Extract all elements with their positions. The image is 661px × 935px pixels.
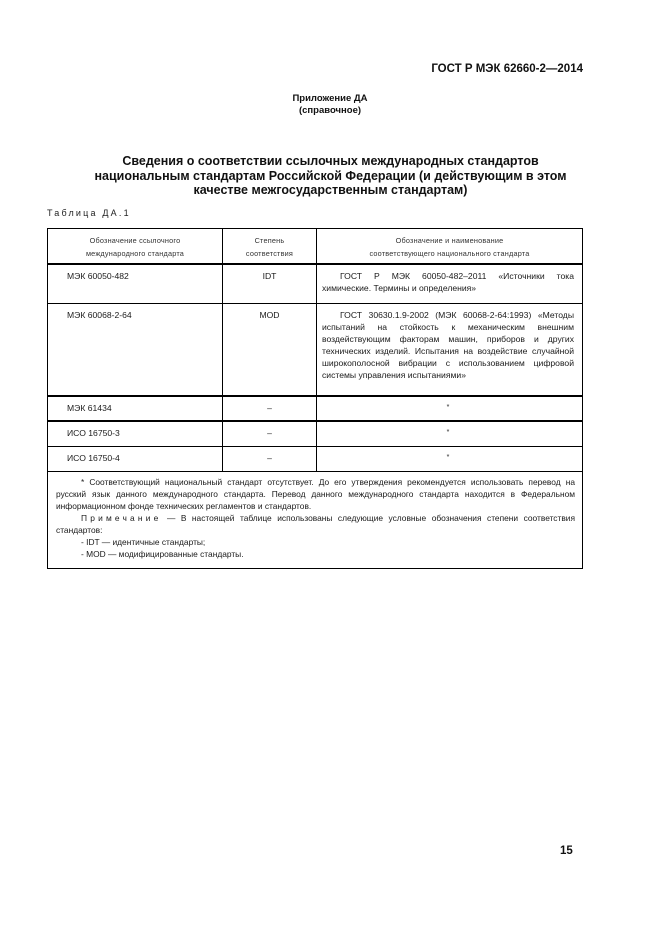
cell-national: * (317, 447, 582, 471)
table-row: МЭК 60050-482 IDT ГОСТ Р МЭК 60050-482–2… (48, 265, 582, 304)
cell-national: * (317, 397, 582, 420)
column-header-degree: Степень соответствия (223, 229, 317, 263)
appendix-heading: Приложение ДА (справочное) (200, 93, 460, 117)
section-title-line: национальным стандартам Российской Федер… (50, 169, 611, 184)
legend-item-idt: - IDT — идентичные стандарты; (56, 536, 575, 548)
national-standard-text: ГОСТ Р МЭК 60050-482–2011 «Источники ток… (322, 270, 574, 294)
correspondence-table: Обозначение ссылочного международного ст… (47, 228, 583, 569)
table-row: МЭК 60068-2-64 MOD ГОСТ 30630.1.9-2002 (… (48, 304, 582, 397)
header-text: Степень (223, 234, 316, 247)
section-title: Сведения о соответствии ссылочных междун… (50, 154, 611, 198)
cell-degree: IDT (223, 265, 317, 303)
header-text: Обозначение ссылочного (48, 234, 222, 247)
header-text: соответствия (223, 247, 316, 260)
section-title-line: Сведения о соответствии ссылочных междун… (50, 154, 611, 169)
column-header-national: Обозначение и наименование соответствующ… (317, 229, 582, 263)
cell-degree: – (223, 397, 317, 420)
appendix-title: Приложение ДА (200, 93, 460, 105)
header-text: соответствующего национального стандарта (317, 247, 582, 260)
cell-international: ИСО 16750-4 (48, 447, 223, 471)
column-header-international: Обозначение ссылочного международного ст… (48, 229, 223, 263)
cell-international: ИСО 16750-3 (48, 422, 223, 446)
legend-item-mod: - MOD — модифицированные стандарты. (56, 548, 575, 560)
note: Примечание — В настоящей таблице использ… (56, 512, 575, 536)
cell-national: * (317, 422, 582, 446)
header-text: международного стандарта (48, 247, 222, 260)
cell-degree: MOD (223, 304, 317, 395)
footnote: * Соответствующий национальный стандарт … (56, 476, 575, 512)
table-row: ИСО 16750-4 – * (48, 447, 582, 472)
table-caption: Таблица ДА.1 (47, 208, 131, 218)
appendix-subtitle: (справочное) (200, 105, 460, 117)
cell-international: МЭК 60068-2-64 (48, 304, 223, 395)
header-text: Обозначение и наименование (317, 234, 582, 247)
national-standard-text: ГОСТ 30630.1.9-2002 (МЭК 60068-2-64:1993… (322, 309, 574, 381)
cell-national: ГОСТ 30630.1.9-2002 (МЭК 60068-2-64:1993… (317, 304, 582, 395)
note-label: Примечание (81, 513, 161, 523)
table-notes: * Соответствующий национальный стандарт … (48, 472, 582, 568)
cell-degree: – (223, 422, 317, 446)
cell-international: МЭК 61434 (48, 397, 223, 420)
page-number: 15 (560, 845, 573, 857)
table-row: ИСО 16750-3 – * (48, 422, 582, 447)
section-title-line: качестве межгосударственным стандартам) (50, 183, 611, 198)
document-code: ГОСТ Р МЭК 62660-2—2014 (380, 63, 583, 75)
table-header-row: Обозначение ссылочного международного ст… (48, 229, 582, 265)
cell-national: ГОСТ Р МЭК 60050-482–2011 «Источники ток… (317, 265, 582, 303)
cell-degree: – (223, 447, 317, 471)
table-row: МЭК 61434 – * (48, 397, 582, 422)
cell-international: МЭК 60050-482 (48, 265, 223, 303)
